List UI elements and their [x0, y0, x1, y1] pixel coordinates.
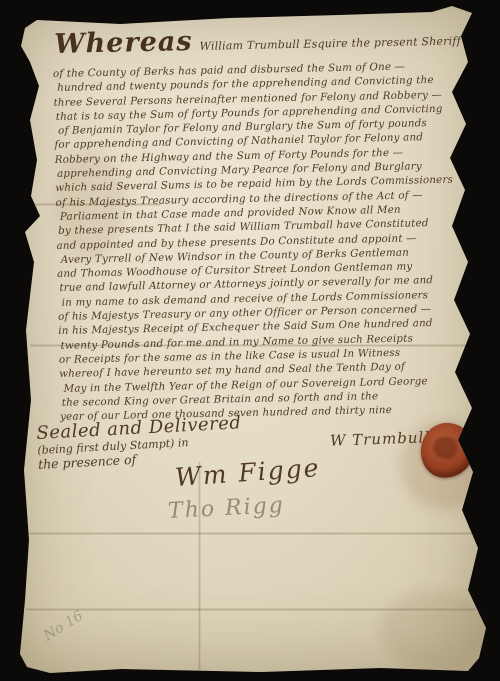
photo-background: WhereasWilliam Trumbull Esquire the pres… [0, 0, 500, 681]
seal-blotch [432, 435, 459, 460]
crease-line [28, 532, 473, 535]
witness-signature-2: Tho Rigg [167, 493, 285, 524]
heading-rest: William Trumbull Esquire the present She… [199, 34, 461, 52]
opening-word: Whereas [54, 26, 193, 60]
crease-line [198, 462, 201, 670]
paper-stain [380, 590, 490, 670]
document-text: WhereasWilliam Trumbull Esquire the pres… [52, 21, 476, 424]
trumbull-signature: W Trumbull [330, 428, 431, 449]
document-paper: WhereasWilliam Trumbull Esquire the pres… [0, 0, 500, 681]
pencil-annotation: No 16 [41, 608, 86, 644]
document-line: WhereasWilliam Trumbull Esquire the pres… [52, 21, 469, 65]
